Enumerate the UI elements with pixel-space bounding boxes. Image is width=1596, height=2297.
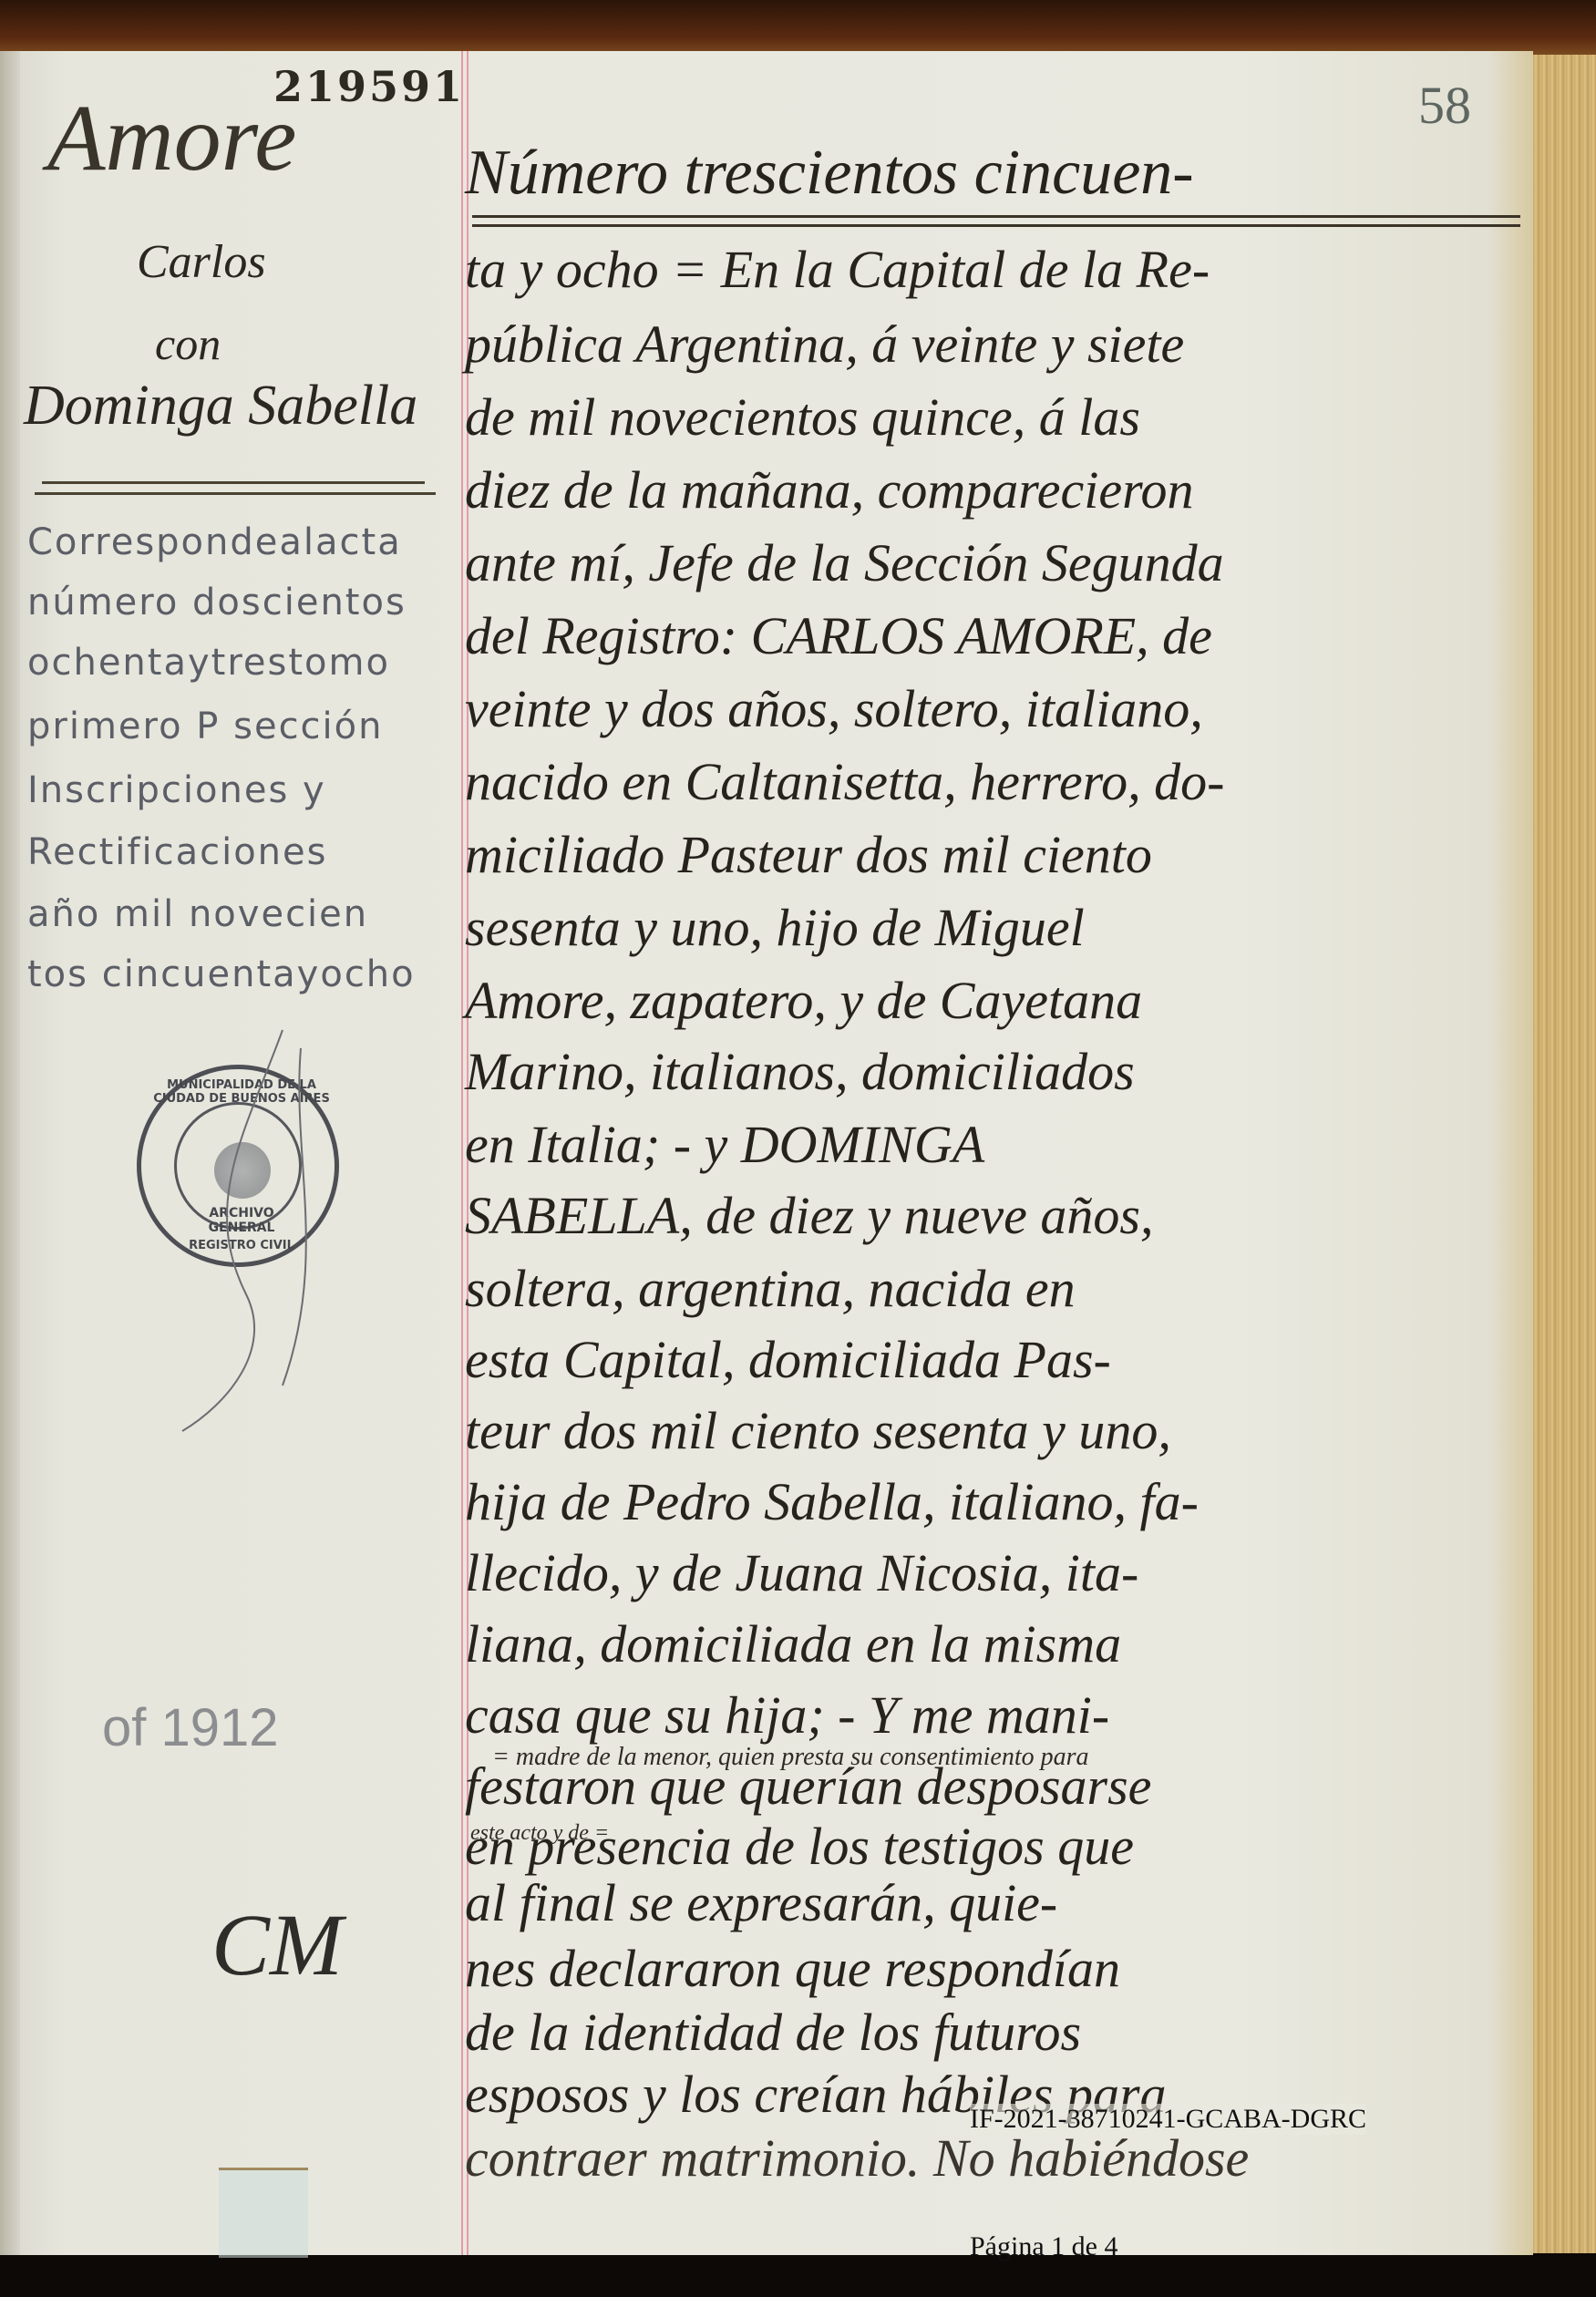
page-number: 58 [1418, 75, 1471, 136]
page-count-label: Página 1 de 4 [970, 2231, 1117, 2262]
margin-annotation-line: Correspondealacta [27, 521, 402, 563]
margin-initials: CM [211, 1894, 343, 1995]
margin-first-name: Carlos [137, 235, 266, 289]
heading-underline [472, 224, 1520, 227]
body-line: SABELLA, de diez y nueve años, [465, 1185, 1153, 1246]
margin-conjunction: con [155, 317, 221, 370]
interlinear-note: = madre de la menor, quien presta su con… [492, 1743, 1089, 1772]
body-line: soltera, argentina, nacida en [465, 1258, 1076, 1319]
margin-rule-line [461, 51, 463, 2255]
document-id-label: IF-2021-38710241-GCABA-DGRC [970, 2104, 1366, 2135]
body-line: miciliado Pasteur dos mil ciento [465, 824, 1152, 885]
page-stack-edges [1533, 55, 1596, 2253]
margin-surname: Amore [47, 84, 296, 192]
repair-tape [219, 2168, 308, 2258]
body-line: llecido, y de Juana Nicosia, ita- [465, 1542, 1138, 1603]
body-line: teur dos mil ciento sesenta y uno, [465, 1400, 1171, 1461]
body-line: Amore, zapatero, y de Cayetana [465, 970, 1142, 1031]
body-line: en Italia; - y DOMINGA [465, 1114, 984, 1175]
body-line: al final se expresarán, quie- [465, 1872, 1057, 1933]
book-bottom-edge [0, 2253, 1596, 2297]
interlinear-note: este acto y de = [470, 1821, 609, 1846]
act-heading-line: Número trescientos cincuen- [465, 137, 1194, 210]
body-line: contraer matrimonio. No habiéndose [465, 2127, 1249, 2189]
body-line: de la identidad de los futuros [465, 2002, 1081, 2063]
body-line: Marino, italianos, domiciliados [465, 1041, 1135, 1102]
body-line: sesenta y uno, hijo de Miguel [465, 897, 1085, 958]
body-line: hija de Pedro Sabella, italiano, fa- [465, 1471, 1199, 1532]
heading-underline [472, 215, 1520, 218]
margin-annotation-line: tos cincuentayocho [27, 953, 416, 995]
margin-annotation-line: ochentaytrestomo [27, 642, 390, 684]
margin-annotation-line: número doscientos [27, 582, 407, 623]
pencil-note: of 1912 [102, 1697, 279, 1758]
body-line: diez de la mañana, comparecieron [465, 459, 1193, 520]
signature-stroke-icon [146, 1021, 365, 1440]
body-line: liana, domiciliada en la misma [465, 1613, 1121, 1674]
book-top-edge [0, 0, 1596, 55]
body-line: ta y ocho = En la Capital de la Re- [465, 239, 1210, 300]
body-line: nes declararon que respondían [465, 1938, 1120, 1999]
body-line: de mil novecientos quince, á las [465, 386, 1140, 448]
body-line: nacido en Caltanisetta, herrero, do- [465, 751, 1224, 812]
margin-double-rule [42, 481, 425, 484]
ledger-number: 219591 [273, 62, 465, 111]
margin-double-rule [35, 492, 436, 495]
body-line: pública Argentina, á veinte y siete [465, 314, 1184, 375]
margin-annotation-line: primero P sección [27, 706, 383, 747]
body-line: casa que su hija; - Y me mani- [465, 1684, 1109, 1746]
body-line: veinte y dos años, soltero, italiano, [465, 678, 1203, 739]
margin-annotation-line: Rectificaciones [27, 831, 327, 873]
margin-annotation-line: año mil novecien [27, 893, 368, 935]
body-line: ante mí, Jefe de la Sección Segunda [465, 532, 1224, 593]
margin-bride-name: Dominga Sabella [24, 374, 417, 438]
margin-annotation-line: Inscripciones y [27, 769, 326, 811]
body-line: del Registro: CARLOS AMORE, de [465, 605, 1212, 666]
body-line: esta Capital, domiciliada Pas- [465, 1329, 1111, 1390]
